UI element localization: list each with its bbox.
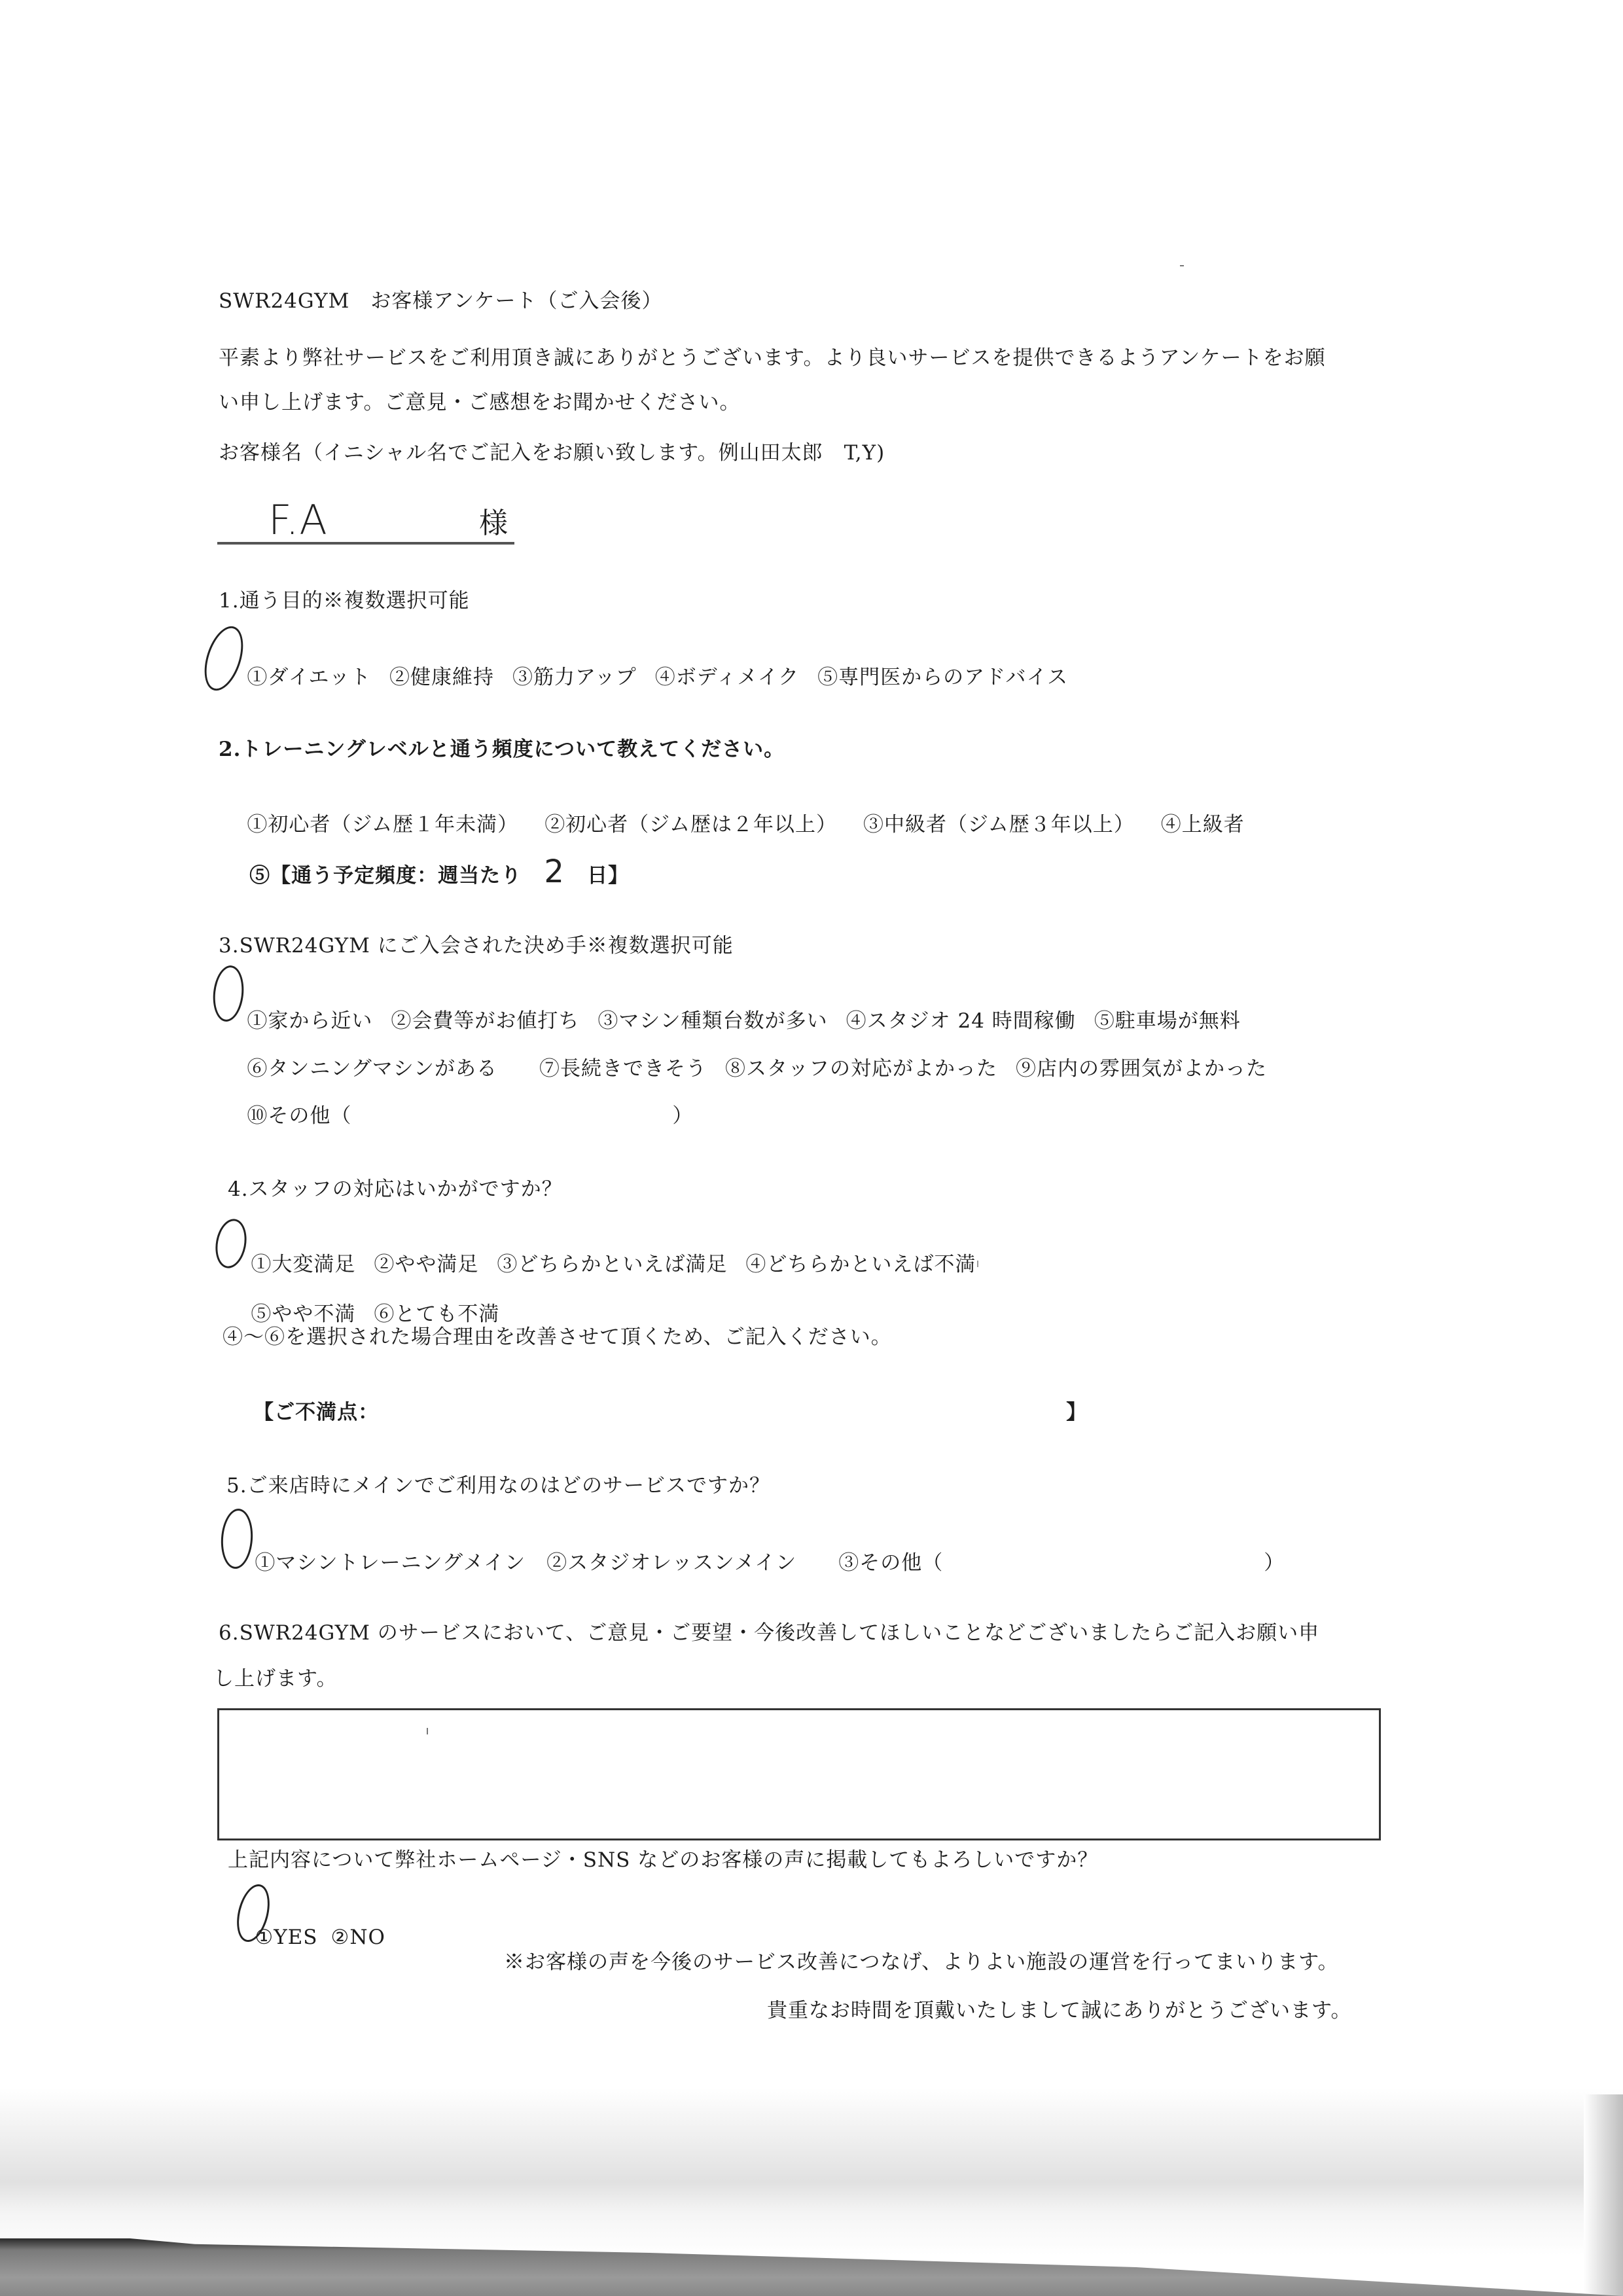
q6-title-line2: し上げます。 — [213, 1666, 338, 1692]
frequency-suffix: 日】 — [587, 864, 629, 888]
q1-option-bodymake[interactable]: ④ボディメイク — [655, 664, 799, 691]
q6-comment-box[interactable] — [217, 1708, 1381, 1840]
q1-option-muscle[interactable]: ③筋力アップ — [512, 664, 637, 691]
name-prompt: お客様名（イニシャル名でご記入をお願い致します。例山田太郎 T,Y) — [219, 440, 885, 466]
frequency-days-field[interactable]: 2 — [522, 859, 587, 885]
q4-complaint-label: 【ご不満点： — [253, 1401, 379, 1424]
survey-page: SWR24GYM お客様アンケート（ご入会後） 平素より弊社サービスをご利用頂き… — [0, 0, 1597, 2296]
publish-option-no[interactable]: ②NO — [331, 1924, 385, 1950]
q3-option-atmosphere[interactable]: ⑨店内の雰囲気がよかった — [1016, 1056, 1267, 1082]
customer-name-field[interactable]: F.A — [268, 497, 328, 543]
q4-option-rather-dissatisfied[interactable]: ④どちらかといえば不満 — [745, 1251, 976, 1278]
q4-complaint-line: 【ご不満点：】 — [223, 1373, 1087, 1452]
q4-note: ④～⑥を選択された場合理由を改善させて頂くため、ご記入ください。 — [223, 1324, 892, 1350]
q4-option-very-dissatisfied[interactable]: ⑥とても不満 — [374, 1301, 499, 1327]
q1-option-doctor-advice[interactable]: ⑤専門医からのアドバイス — [817, 664, 1068, 691]
q4-complaint-close: 】 — [1066, 1401, 1087, 1424]
q5-option-machine-training[interactable]: ①マシントレーニングメイン — [255, 1550, 526, 1576]
intro-text-line2: い申し上げます。ご意見・ご感想をお聞かせください。 — [219, 389, 741, 416]
q1-option-health[interactable]: ②健康維持 — [389, 664, 494, 691]
scan-speck — [427, 1728, 428, 1734]
q3-option-staff[interactable]: ⑧スタッフの対応がよかった — [725, 1056, 997, 1082]
footer-thanks: 貴重なお時間を頂戴いたしまして誠にありがとうございます。 — [767, 1998, 1352, 2024]
q4-option-very-satisfied[interactable]: ①大変満足 — [251, 1251, 355, 1278]
q5-other-label: ③その他（ — [838, 1551, 943, 1575]
q1-title: 1.通う目的※複数選択可能 — [219, 588, 470, 614]
scan-edge-right — [1584, 2094, 1623, 2296]
honorific-label: 様 — [479, 505, 508, 542]
q5-options: ①マシントレーニングメイン②スタジオレッスンメイン③その他（） — [226, 1524, 1285, 1602]
q4-title: 4.スタッフの対応はいかがですか？ — [228, 1176, 563, 1202]
q4-option-somewhat-satisfied[interactable]: ②やや満足 — [374, 1251, 478, 1278]
publish-option-yes[interactable]: ①YES — [255, 1924, 317, 1950]
name-underline — [217, 542, 514, 545]
scan-speck — [1180, 265, 1184, 266]
publish-question: 上記内容について弊社ホームページ・SNS などのお客様の声に掲載してもよろしいで… — [228, 1847, 1098, 1873]
q5-option-studio-lesson[interactable]: ②スタジオレッスンメイン — [546, 1550, 796, 1576]
frequency-prefix: ⑤【通う予定頻度：週当たり — [249, 864, 522, 888]
scan-speck — [977, 1261, 978, 1267]
q2-option-advanced[interactable]: ④上級者 — [1161, 812, 1245, 838]
q1-options: ①ダイエット②健康維持③筋力アップ④ボディメイク⑤専門医からのアドバイス — [219, 638, 1086, 717]
q2-frequency-line: ⑤【通う予定頻度：週当たり2日】 — [219, 833, 629, 915]
q5-other-close: ） — [1264, 1551, 1285, 1575]
q3-other-label: ⑩その他（ — [247, 1104, 351, 1128]
q2-option-intermediate[interactable]: ③中級者（ジム歴３年以上） — [863, 812, 1135, 838]
q3-other-close: ） — [672, 1104, 693, 1128]
intro-text-line1: 平素より弊社サービスをご利用頂き誠にありがとうございます。より良いサービスを提供… — [219, 345, 1326, 371]
form-title: SWR24GYM お客様アンケート（ご入会後） — [219, 288, 662, 314]
q4-option-rather-satisfied[interactable]: ③どちらかといえば満足 — [497, 1251, 727, 1278]
q5-title: 5.ご来店時にメインでご利用なのはどのサービスですか？ — [226, 1473, 770, 1499]
q3-other-line: ⑩その他（） — [219, 1077, 693, 1155]
q3-title: 3.SWR24GYM にご入会された決め手※複数選択可能 — [219, 933, 734, 959]
q6-title-line1: 6.SWR24GYM のサービスにおいて、ご意見・ご要望・今後改善してほしいこと… — [219, 1620, 1319, 1646]
q2-title: 2.トレーニングレベルと通う頻度について教えてください。 — [219, 736, 785, 762]
q4-option-somewhat-dissatisfied[interactable]: ⑤やや不満 — [251, 1301, 355, 1327]
footer-note: ※お客様の声を今後のサービス改善につなげ、よりよい施設の運営を行ってまいります。 — [504, 1949, 1339, 1975]
q1-option-diet[interactable]: ①ダイエット — [247, 664, 371, 691]
